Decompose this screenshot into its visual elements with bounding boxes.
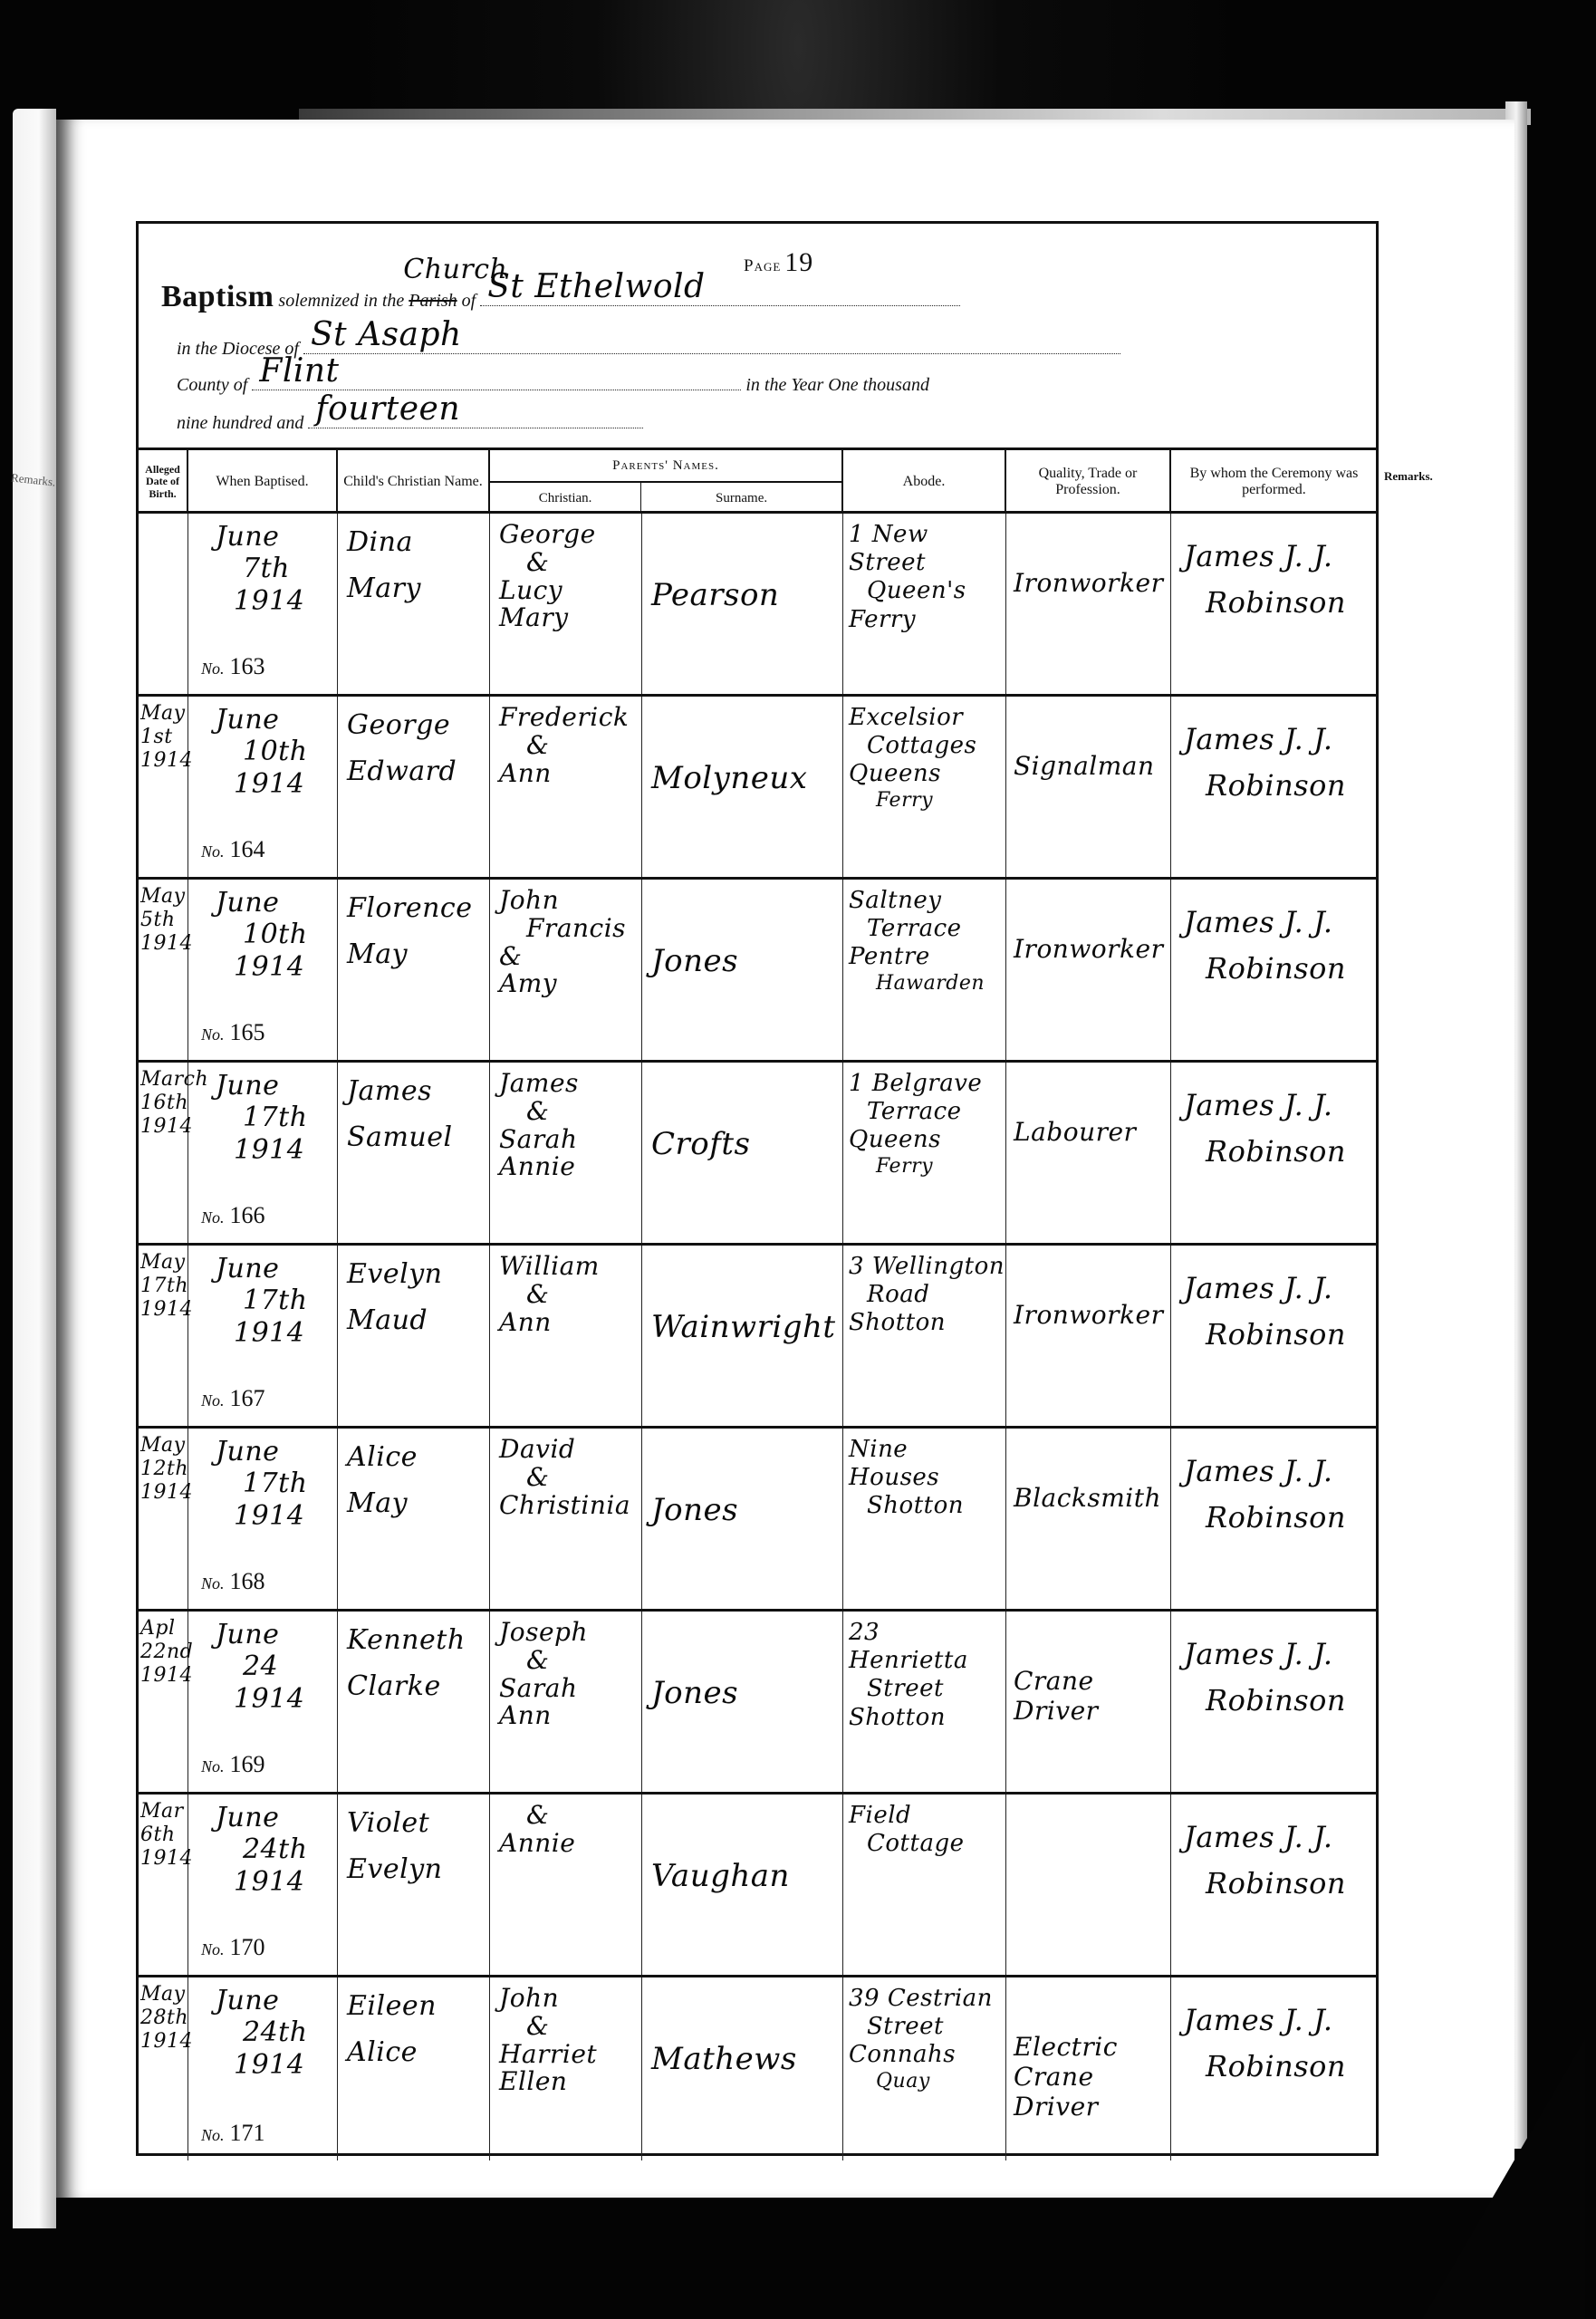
page-number: Page19 <box>744 247 813 278</box>
cell-by-whom: James J. J. Robinson <box>1171 880 1379 1060</box>
cell-birth: May 12th 1914 <box>139 1429 188 1609</box>
cell-surname: Wainwright <box>642 1246 843 1426</box>
cell-when-baptised: June 10th 1914 No.165 <box>188 880 338 1060</box>
entry-number: No.166 <box>201 1202 265 1230</box>
entry-number: No.167 <box>201 1385 265 1413</box>
entry-number: No.165 <box>201 1019 265 1047</box>
table-row: May 1st 1914 June 10th 1914 No.164 Georg… <box>139 697 1376 880</box>
cell-surname: Pearson <box>642 514 843 694</box>
cell-birth: May 17th 1914 <box>139 1246 188 1426</box>
header-line-county: County of Flint in the Year One thousand <box>177 369 929 396</box>
cell-birth: Mar 6th 1914 <box>139 1795 188 1975</box>
cell-child-name: Violet Evelyn <box>338 1795 490 1975</box>
cell-parents-christian: James & Sarah Annie <box>490 1063 642 1243</box>
title: Baptism <box>161 280 274 313</box>
table-row: March 16th 1914 June 17th 1914 No.166 Ja… <box>139 1063 1376 1246</box>
cell-child-name: Florence May <box>338 880 490 1060</box>
cell-quality: Blacksmith <box>1006 1429 1171 1609</box>
cell-when-baptised: June 10th 1914 No.164 <box>188 697 338 877</box>
cell-by-whom: James J. J. Robinson <box>1171 697 1379 877</box>
cell-birth: May 5th 1914 <box>139 880 188 1060</box>
cell-when-baptised: June 17th 1914 No.168 <box>188 1429 338 1609</box>
entry-number: No.171 <box>201 2120 265 2148</box>
cell-quality: Labourer <box>1006 1063 1171 1243</box>
cell-abode: 3 Wellington Road Shotton <box>843 1246 1006 1426</box>
cell-surname: Mathews <box>642 1977 843 2160</box>
register-header: Page19 Baptism solemnized in the Parish … <box>139 224 1376 450</box>
cell-abode: 23 Henrietta Street Shotton <box>843 1612 1006 1792</box>
cell-by-whom: James J. J. Robinson <box>1171 514 1379 694</box>
cell-by-whom: James J. J. Robinson <box>1171 1612 1379 1792</box>
table-row: May 12th 1914 June 17th 1914 No.168 Alic… <box>139 1429 1376 1612</box>
header-line-church: Baptism solemnized in the Parish Church … <box>161 280 960 314</box>
cell-by-whom: James J. J. Robinson <box>1171 1246 1379 1426</box>
cell-abode: Saltney Terrace Pentre Hawarden <box>843 880 1006 1060</box>
entry-number: No.170 <box>201 1934 265 1962</box>
cell-abode: Nine Houses Shotton <box>843 1429 1006 1609</box>
cell-when-baptised: June 7th 1914 No.163 <box>188 514 338 694</box>
cell-child-name: Eileen Alice <box>338 1977 490 2160</box>
cell-birth: March 16th 1914 <box>139 1063 188 1243</box>
cell-child-name: George Edward <box>338 697 490 877</box>
baptism-register: Page19 Baptism solemnized in the Parish … <box>136 221 1379 2156</box>
cell-child-name: Dina Mary <box>338 514 490 694</box>
table-row: June 7th 1914 No.163 Dina Mary George & … <box>139 514 1376 697</box>
cell-abode: 39 Cestrian Street Connahs Quay <box>843 1977 1006 2160</box>
cell-surname: Jones <box>642 1429 843 1609</box>
cell-by-whom: James J. J. Robinson <box>1171 1977 1379 2160</box>
table-row: May 5th 1914 June 10th 1914 No.165 Flore… <box>139 880 1376 1063</box>
cell-quality: Ironworker <box>1006 514 1171 694</box>
left-page-edge <box>13 109 56 2228</box>
cell-quality: Crane Driver <box>1006 1612 1171 1792</box>
cell-surname: Molyneux <box>642 697 843 877</box>
table-body: June 7th 1914 No.163 Dina Mary George & … <box>139 514 1376 2160</box>
table-row: May 28th 1914 June 24th 1914 No.171 Eile… <box>139 1977 1376 2160</box>
col-surname: Surname. <box>641 483 841 514</box>
table-header: Alleged Date of Birth. When Baptised. Ch… <box>139 450 1376 514</box>
year-field: fourteen <box>308 407 643 428</box>
cell-parents-christian: & Annie <box>490 1795 642 1975</box>
cell-when-baptised: June 17th 1914 No.167 <box>188 1246 338 1426</box>
cell-by-whom: James J. J. Robinson <box>1171 1429 1379 1609</box>
cell-abode: 1 New Street Queen's Ferry <box>843 514 1006 694</box>
table-row: Mar 6th 1914 June 24th 1914 No.170 Viole… <box>139 1795 1376 1977</box>
cell-abode: 1 Belgrave Terrace Queens Ferry <box>843 1063 1006 1243</box>
entry-number: No.164 <box>201 836 265 864</box>
cell-quality: Signalman <box>1006 697 1171 877</box>
cell-when-baptised: June 17th 1914 No.166 <box>188 1063 338 1243</box>
cell-parents-christian: John Francis & Amy <box>490 880 642 1060</box>
col-when-baptised: When Baptised. <box>188 450 338 514</box>
table-row: May 17th 1914 June 17th 1914 No.167 Evel… <box>139 1246 1376 1429</box>
struck-word: Parish <box>409 291 457 311</box>
cell-surname: Jones <box>642 880 843 1060</box>
cell-surname: Vaughan <box>642 1795 843 1975</box>
county-field: Flint <box>252 369 741 390</box>
cell-child-name: Alice May <box>338 1429 490 1609</box>
cell-quality: Electric Crane Driver <box>1006 1977 1171 2160</box>
col-child-name: Child's Christian Name. <box>338 450 490 514</box>
cell-birth: May 1st 1914 <box>139 697 188 877</box>
entry-number: No.163 <box>201 653 265 681</box>
cell-birth: May 28th 1914 <box>139 1977 188 2160</box>
diocese-field: St Asaph <box>303 332 1120 354</box>
cell-quality: Ironworker <box>1006 880 1171 1060</box>
cell-parents-christian: Joseph & Sarah Ann <box>490 1612 642 1792</box>
cell-child-name: Kenneth Clarke <box>338 1612 490 1792</box>
cell-by-whom: James J. J. Robinson <box>1171 1795 1379 1975</box>
cell-when-baptised: June 24 1914 No.169 <box>188 1612 338 1792</box>
entry-number: No.168 <box>201 1568 265 1596</box>
cell-surname: Crofts <box>642 1063 843 1243</box>
cell-birth <box>139 514 188 694</box>
col-remarks: Remarks. <box>1384 469 1466 484</box>
cell-when-baptised: June 24th 1914 No.170 <box>188 1795 338 1975</box>
cell-by-whom: James J. J. Robinson <box>1171 1063 1379 1243</box>
church-field: St Ethelwold <box>480 284 960 306</box>
col-christian: Christian. <box>490 483 641 514</box>
cell-parents-christian: John & Harriet Ellen <box>490 1977 642 2160</box>
col-quality: Quality, Trade or Profession. <box>1006 450 1171 514</box>
cell-child-name: James Samuel <box>338 1063 490 1243</box>
table-row: Apl 22nd 1914 June 24 1914 No.169 Kennet… <box>139 1612 1376 1795</box>
cell-child-name: Evelyn Maud <box>338 1246 490 1426</box>
cell-abode: Field Cottage <box>843 1795 1006 1975</box>
cell-parents-christian: David & Christinia <box>490 1429 642 1609</box>
cell-birth: Apl 22nd 1914 <box>139 1612 188 1792</box>
col-by-whom: By whom the Ceremony was performed. <box>1171 450 1379 514</box>
cell-when-baptised: June 24th 1914 No.171 <box>188 1977 338 2160</box>
entry-number: No.169 <box>201 1751 265 1779</box>
cell-parents-christian: Frederick & Ann <box>490 697 642 877</box>
header-line-year: nine hundred and fourteen <box>177 407 643 434</box>
cell-parents-christian: William & Ann <box>490 1246 642 1426</box>
col-abode: Abode. <box>843 450 1006 514</box>
cell-quality: Ironworker <box>1006 1246 1171 1426</box>
col-birth: Alleged Date of Birth. <box>139 450 188 514</box>
cell-quality <box>1006 1795 1171 1975</box>
cell-surname: Jones <box>642 1612 843 1792</box>
cell-abode: Excelsior Cottages Queens Ferry <box>843 697 1006 877</box>
entries-table: Alleged Date of Birth. When Baptised. Ch… <box>139 450 1376 2160</box>
col-parents: Parents' Names. Christian. Surname. <box>490 450 843 514</box>
cell-parents-christian: George & Lucy Mary <box>490 514 642 694</box>
parents-title: Parents' Names. <box>490 450 841 483</box>
